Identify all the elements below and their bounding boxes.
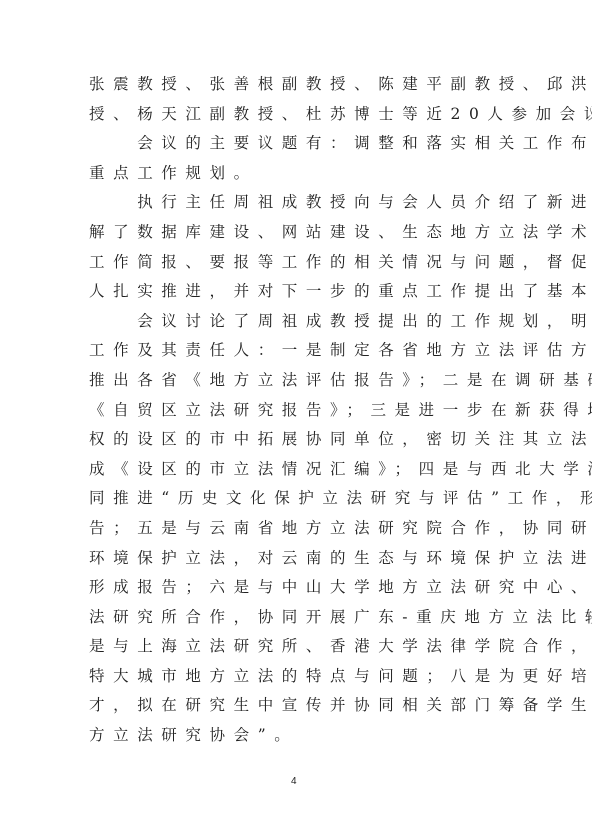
page-number: 4 [291,776,297,787]
text-line: 告；五是与云南省地方立法研究院合作，协同研究生态与 [89,514,507,544]
text-line: 环境保护立法，对云南的生态与环境保护立法进行评估， [89,544,507,574]
text-line: 《自贸区立法研究报告》；三是进一步在新获得地方立法 [89,396,507,426]
text-line: 才，拟在研究生中宣传并协同相关部门筹备学生组织“地 [89,691,507,721]
text-line: 方立法研究协会”。 [89,721,507,751]
body-text: 张震教授、张善根副教授、陈建平副教授、邱洪敏副教 授、杨天江副教授、杜苏博士等近… [89,70,507,751]
text-line: 授、杨天江副教授、杜苏博士等近20人参加会议。 [89,100,507,130]
text-line: 同推进“历史文化保护立法研究与评估”工作，形成报 [89,484,507,514]
text-line: 张震教授、张善根副教授、陈建平副教授、邱洪敏副教 [89,70,507,100]
text-line: 特大城市地方立法的特点与问题；八是为更好培养立法人 [89,662,507,692]
text-line: 工作及其责任人：一是制定各省地方立法评估方案，分步 [89,336,507,366]
text-line: 会议的主要议题有：调整和落实相关工作布置；讨论 [89,129,507,159]
text-line: 重点工作规划。 [89,159,507,189]
text-line: 人扎实推进，并对下一步的重点工作提出了基本设想。 [89,277,507,307]
document-page: 张震教授、张善根副教授、陈建平副教授、邱洪敏副教 授、杨天江副教授、杜苏博士等近… [0,0,592,836]
text-line: 形成报告；六是与中山大学地方立法研究中心、广东省立 [89,573,507,603]
text-line: 执行主任周祖成教授向与会人员介绍了新进教师，了 [89,188,507,218]
text-line: 会议讨论了周祖成教授提出的工作规划，明确了相关 [89,307,507,337]
text-line: 成《设区的市立法情况汇编》；四是与西北大学法学院协 [89,455,507,485]
text-line: 解了数据库建设、网站建设、生态地方立法学术研讨会、 [89,218,507,248]
text-line: 法研究所合作，协同开展广东-重庆地方立法比较研究；七 [89,603,507,633]
text-line: 工作简报、要报等工作的相关情况与问题，督促相关责任 [89,248,507,278]
text-line: 权的设区的市中拓展协同单位，密切关注其立法活动，形 [89,425,507,455]
text-line: 推出各省《地方立法评估报告》；二是在调研基础上形成 [89,366,507,396]
text-line: 是与上海立法研究所、香港大学法律学院合作，协同研究 [89,632,507,662]
